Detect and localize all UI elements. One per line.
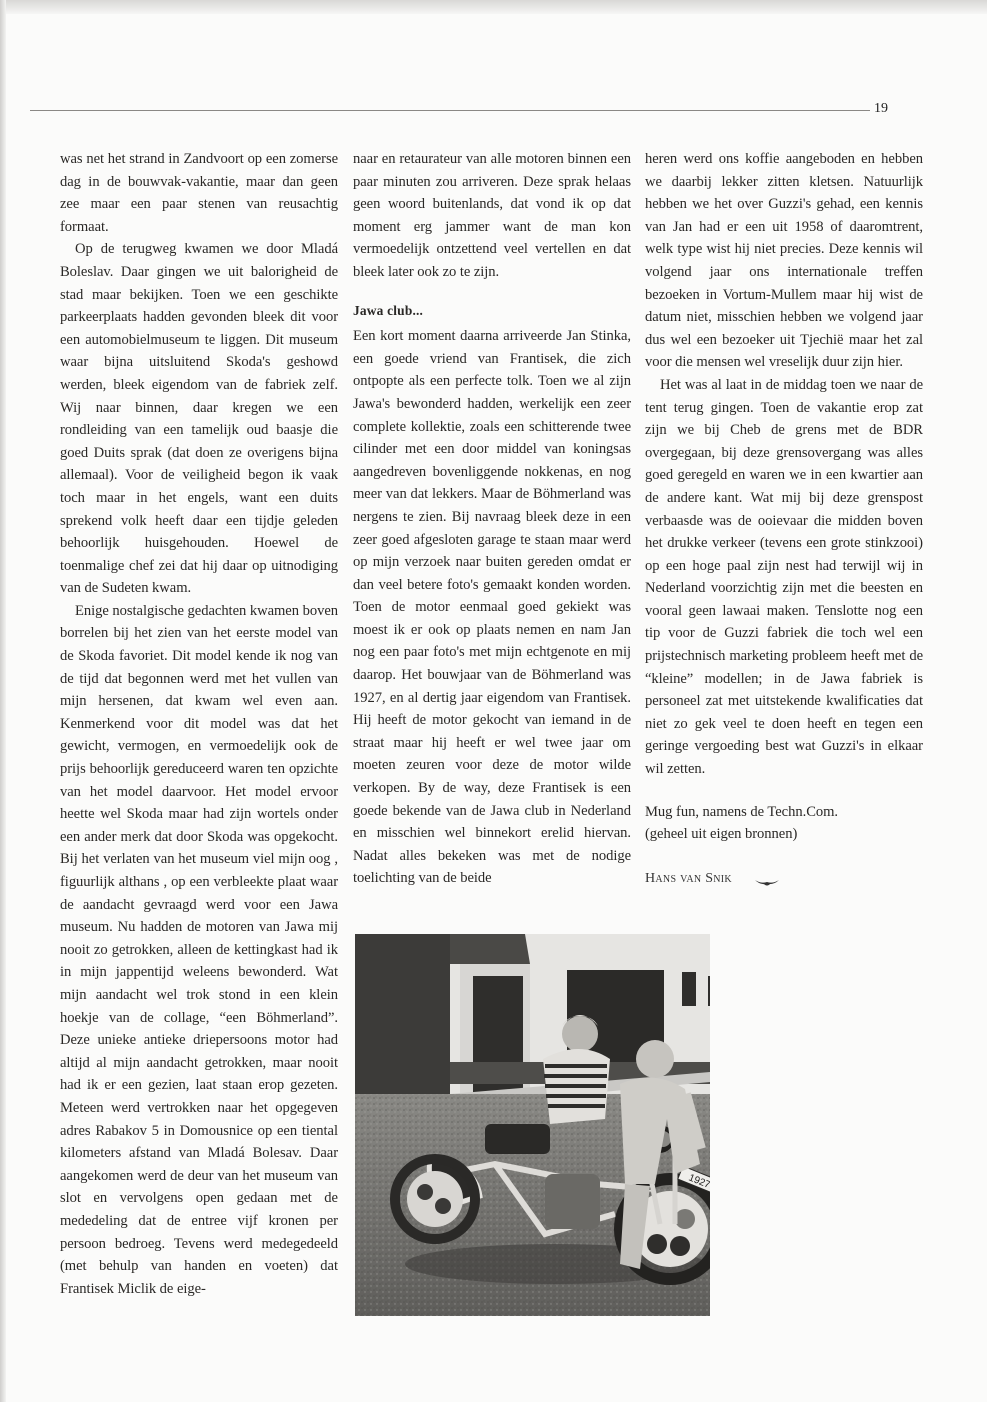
article-column-1: was net het strand in Zandvoort op een z… [60,148,338,1300]
article-column-2: naar en retaurateur van alle motoren bin… [353,148,631,890]
section-subheading: Jawa club... [353,300,631,323]
magazine-page: 19 was net het strand in Zandvoort op ee… [0,0,987,1402]
paragraph: Enige nostalgische gedachten kwamen bove… [60,600,338,1300]
photo-illustration: 1927 [355,934,710,1316]
author-byline: Hans van Snik [645,868,923,891]
signoff-line: Mug fun, namens de Techn.Com. [645,801,923,824]
paragraph: was net het strand in Zandvoort op een z… [60,148,338,238]
scan-edge-left [0,0,6,1402]
paragraph: Op de terugweg kwamen we door Mladá Bole… [60,238,338,600]
paragraph: Een kort moment daarna arriveerde Jan St… [353,325,631,890]
paragraph: Het was al laat in de middag toen we naa… [645,374,923,781]
article-column-3: heren werd ons koffie aangeboden en hebb… [645,148,923,890]
page-number: 19 [874,101,888,117]
scan-edge-top [0,0,987,14]
motorcycle-photo: 1927 [355,934,710,1316]
paragraph: heren werd ons koffie aangeboden en hebb… [645,148,923,374]
paragraph: naar en retaurateur van alle motoren bin… [353,148,631,284]
header-rule [30,110,870,111]
author-name: Hans van Snik [645,868,732,891]
winged-emblem-icon [754,874,780,884]
signoff: Mug fun, namens de Techn.Com. (geheel ui… [645,801,923,846]
signoff-line: (geheel uit eigen bronnen) [645,823,923,846]
